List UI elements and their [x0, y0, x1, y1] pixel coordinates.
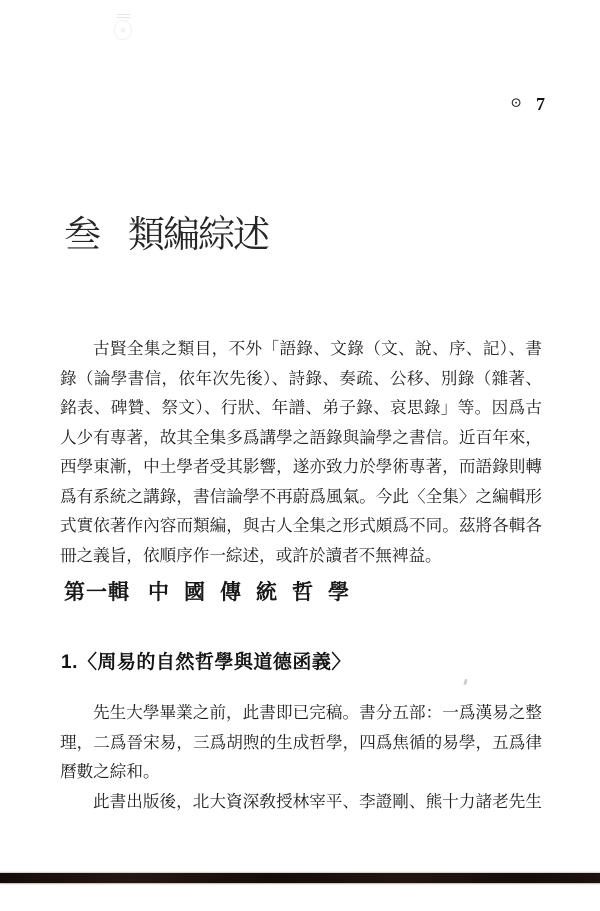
body-line: 先生大學畢業之前，此書即已完稿。書分五部：一爲漢易之整 [60, 698, 542, 728]
scanned-book-page: ⊙ 7 叁類編綜述 古賢全集之類目，不外「語錄、文錄（文、說、序、記）、書 錄（… [0, 0, 600, 911]
section-heading: 第一輯中國傳統哲學 [64, 577, 364, 607]
body-line: 爲有系統之講錄，書信論學不再蔚爲風氣。今此〈全集〉之編輯形 [60, 482, 542, 512]
scan-artifact-speck [463, 679, 467, 686]
scan-artifact-flake [114, 20, 132, 40]
chapter-title: 類編綜述 [128, 215, 268, 256]
chapter-label: 叁 [64, 215, 101, 256]
body-line: 人少有專著，故其全集多爲講學之語錄與論學之書信。近百年來， [60, 423, 542, 453]
bullet-circle-icon: ⊙ [510, 94, 522, 114]
page-bottom-scan-edge [0, 873, 600, 883]
body-line: 西學東漸，中土學者受其影響，遂亦致力於學術專著，而語錄則轉 [60, 452, 542, 482]
body-line: 曆數之綜和。 [60, 757, 542, 787]
page-number: 7 [536, 94, 545, 114]
section-title: 中國傳統哲學 [148, 580, 364, 604]
body-line: 冊之義旨，依順序作一綜述，或許於讀者不無裨益。 [60, 541, 542, 571]
paragraph-book-outline: 先生大學畢業之前，此書即已完稿。書分五部：一爲漢易之整 理，二爲晉宋易，三爲胡煦… [60, 698, 542, 787]
body-line: 理，二爲晉宋易，三爲胡煦的生成哲學，四爲焦循的易學，五爲律 [60, 728, 542, 758]
paragraph-publication: 此書出版後，北大資深敎授林宰平、李證剛、熊十力諸老先生 [60, 787, 542, 817]
page-header: ⊙ 7 [0, 94, 545, 114]
subsection-heading: 1.〈周易的自然哲學與道德函義〉 [61, 649, 351, 677]
body-line: 銘表、碑贊、祭文）、行狀、年譜、弟子錄、哀思錄」等。因爲古 [60, 393, 542, 423]
paragraph-intro: 古賢全集之類目，不外「語錄、文錄（文、說、序、記）、書 錄（論學書信，依年次先後… [60, 334, 542, 570]
body-line: 錄（論學書信，依年次先後）、詩錄、奏疏、公移、別錄（雜著、 [60, 364, 542, 394]
section-number: 第一輯 [64, 580, 130, 604]
chapter-heading: 叁類編綜述 [64, 212, 268, 260]
body-line: 式實依著作內容而類編，與古人全集之形式頗爲不同。茲將各輯各 [60, 511, 542, 541]
body-line: 此書出版後，北大資深敎授林宰平、李證剛、熊十力諸老先生 [60, 787, 542, 817]
body-line: 古賢全集之類目，不外「語錄、文錄（文、說、序、記）、書 [60, 334, 542, 364]
